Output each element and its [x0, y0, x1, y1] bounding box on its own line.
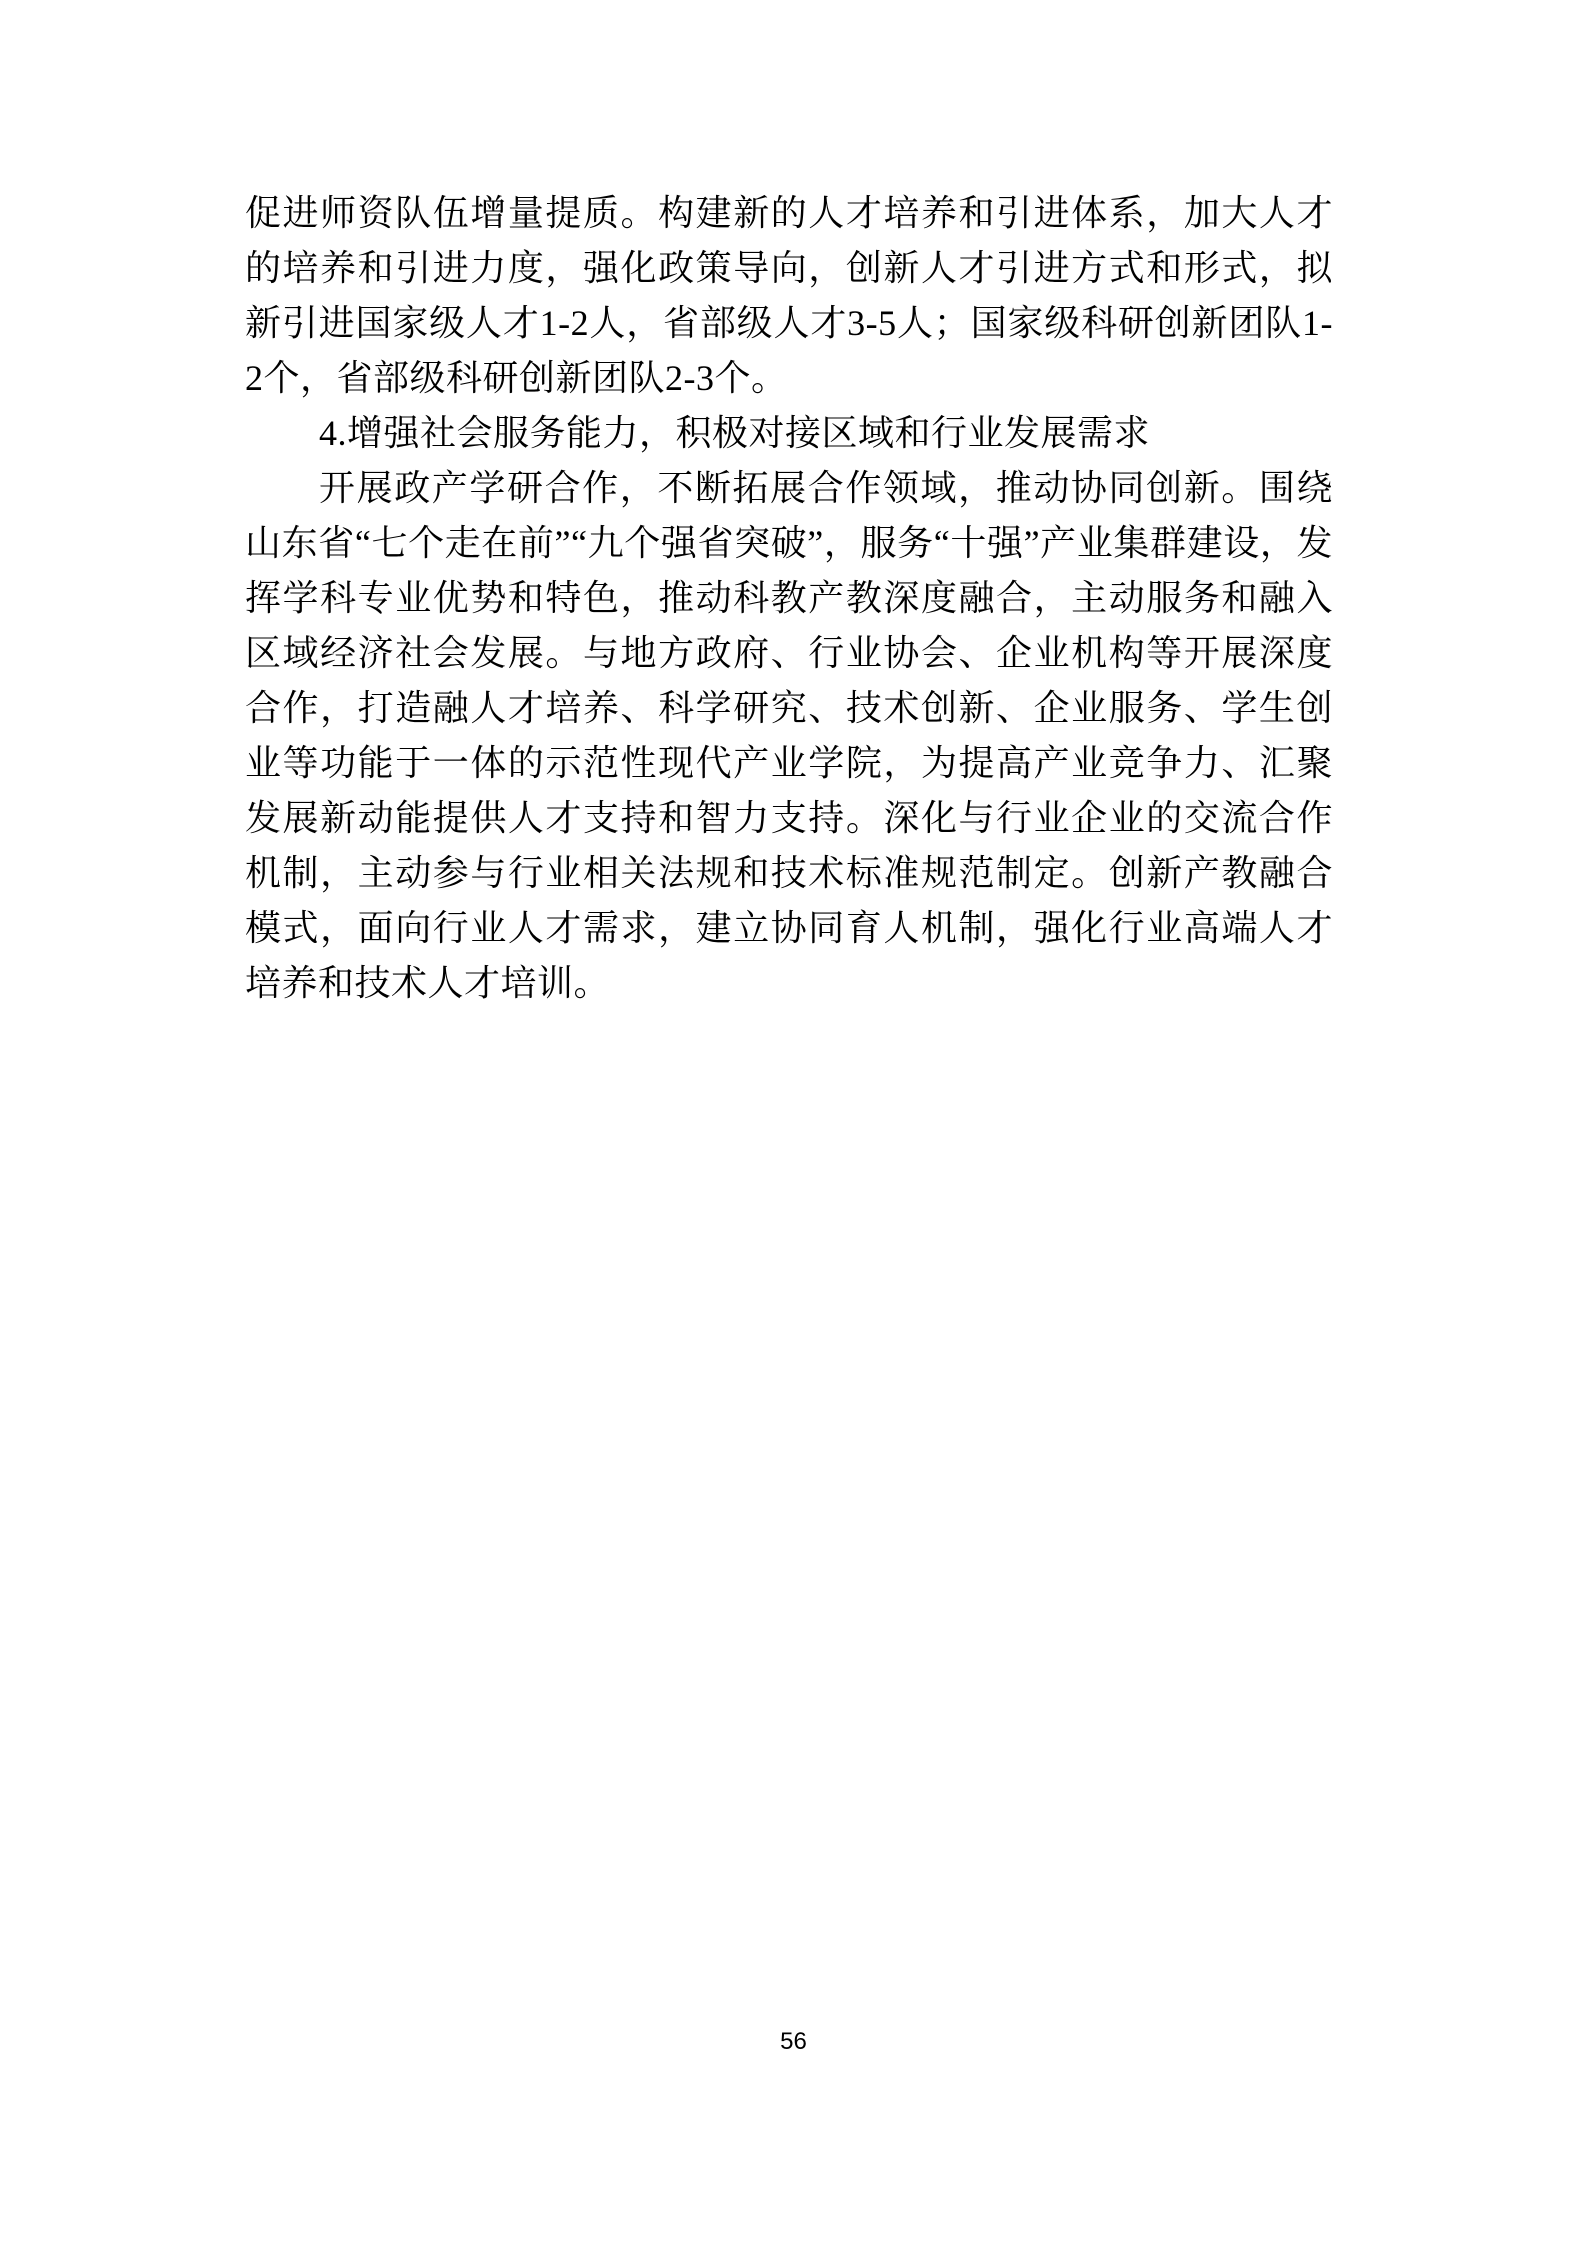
paragraph-body: 开展政产学研合作，不断拓展合作领域，推动协同创新。围绕山东省“七个走在前”“九个… [245, 461, 1333, 1011]
section-heading: 4.增强社会服务能力，积极对接区域和行业发展需求 [245, 406, 1333, 461]
paragraph-continuation: 促进师资队伍增量提质。构建新的人才培养和引进体系，加大人才的培养和引进力度，强化… [245, 186, 1333, 406]
document-page: 促进师资队伍增量提质。构建新的人才培养和引进体系，加大人才的培养和引进力度，强化… [0, 0, 1587, 2245]
page-footer: 56 [0, 2028, 1587, 2056]
text-block: 促进师资队伍增量提质。构建新的人才培养和引进体系，加大人才的培养和引进力度，强化… [245, 186, 1333, 1011]
page-number: 56 [780, 2028, 807, 2055]
